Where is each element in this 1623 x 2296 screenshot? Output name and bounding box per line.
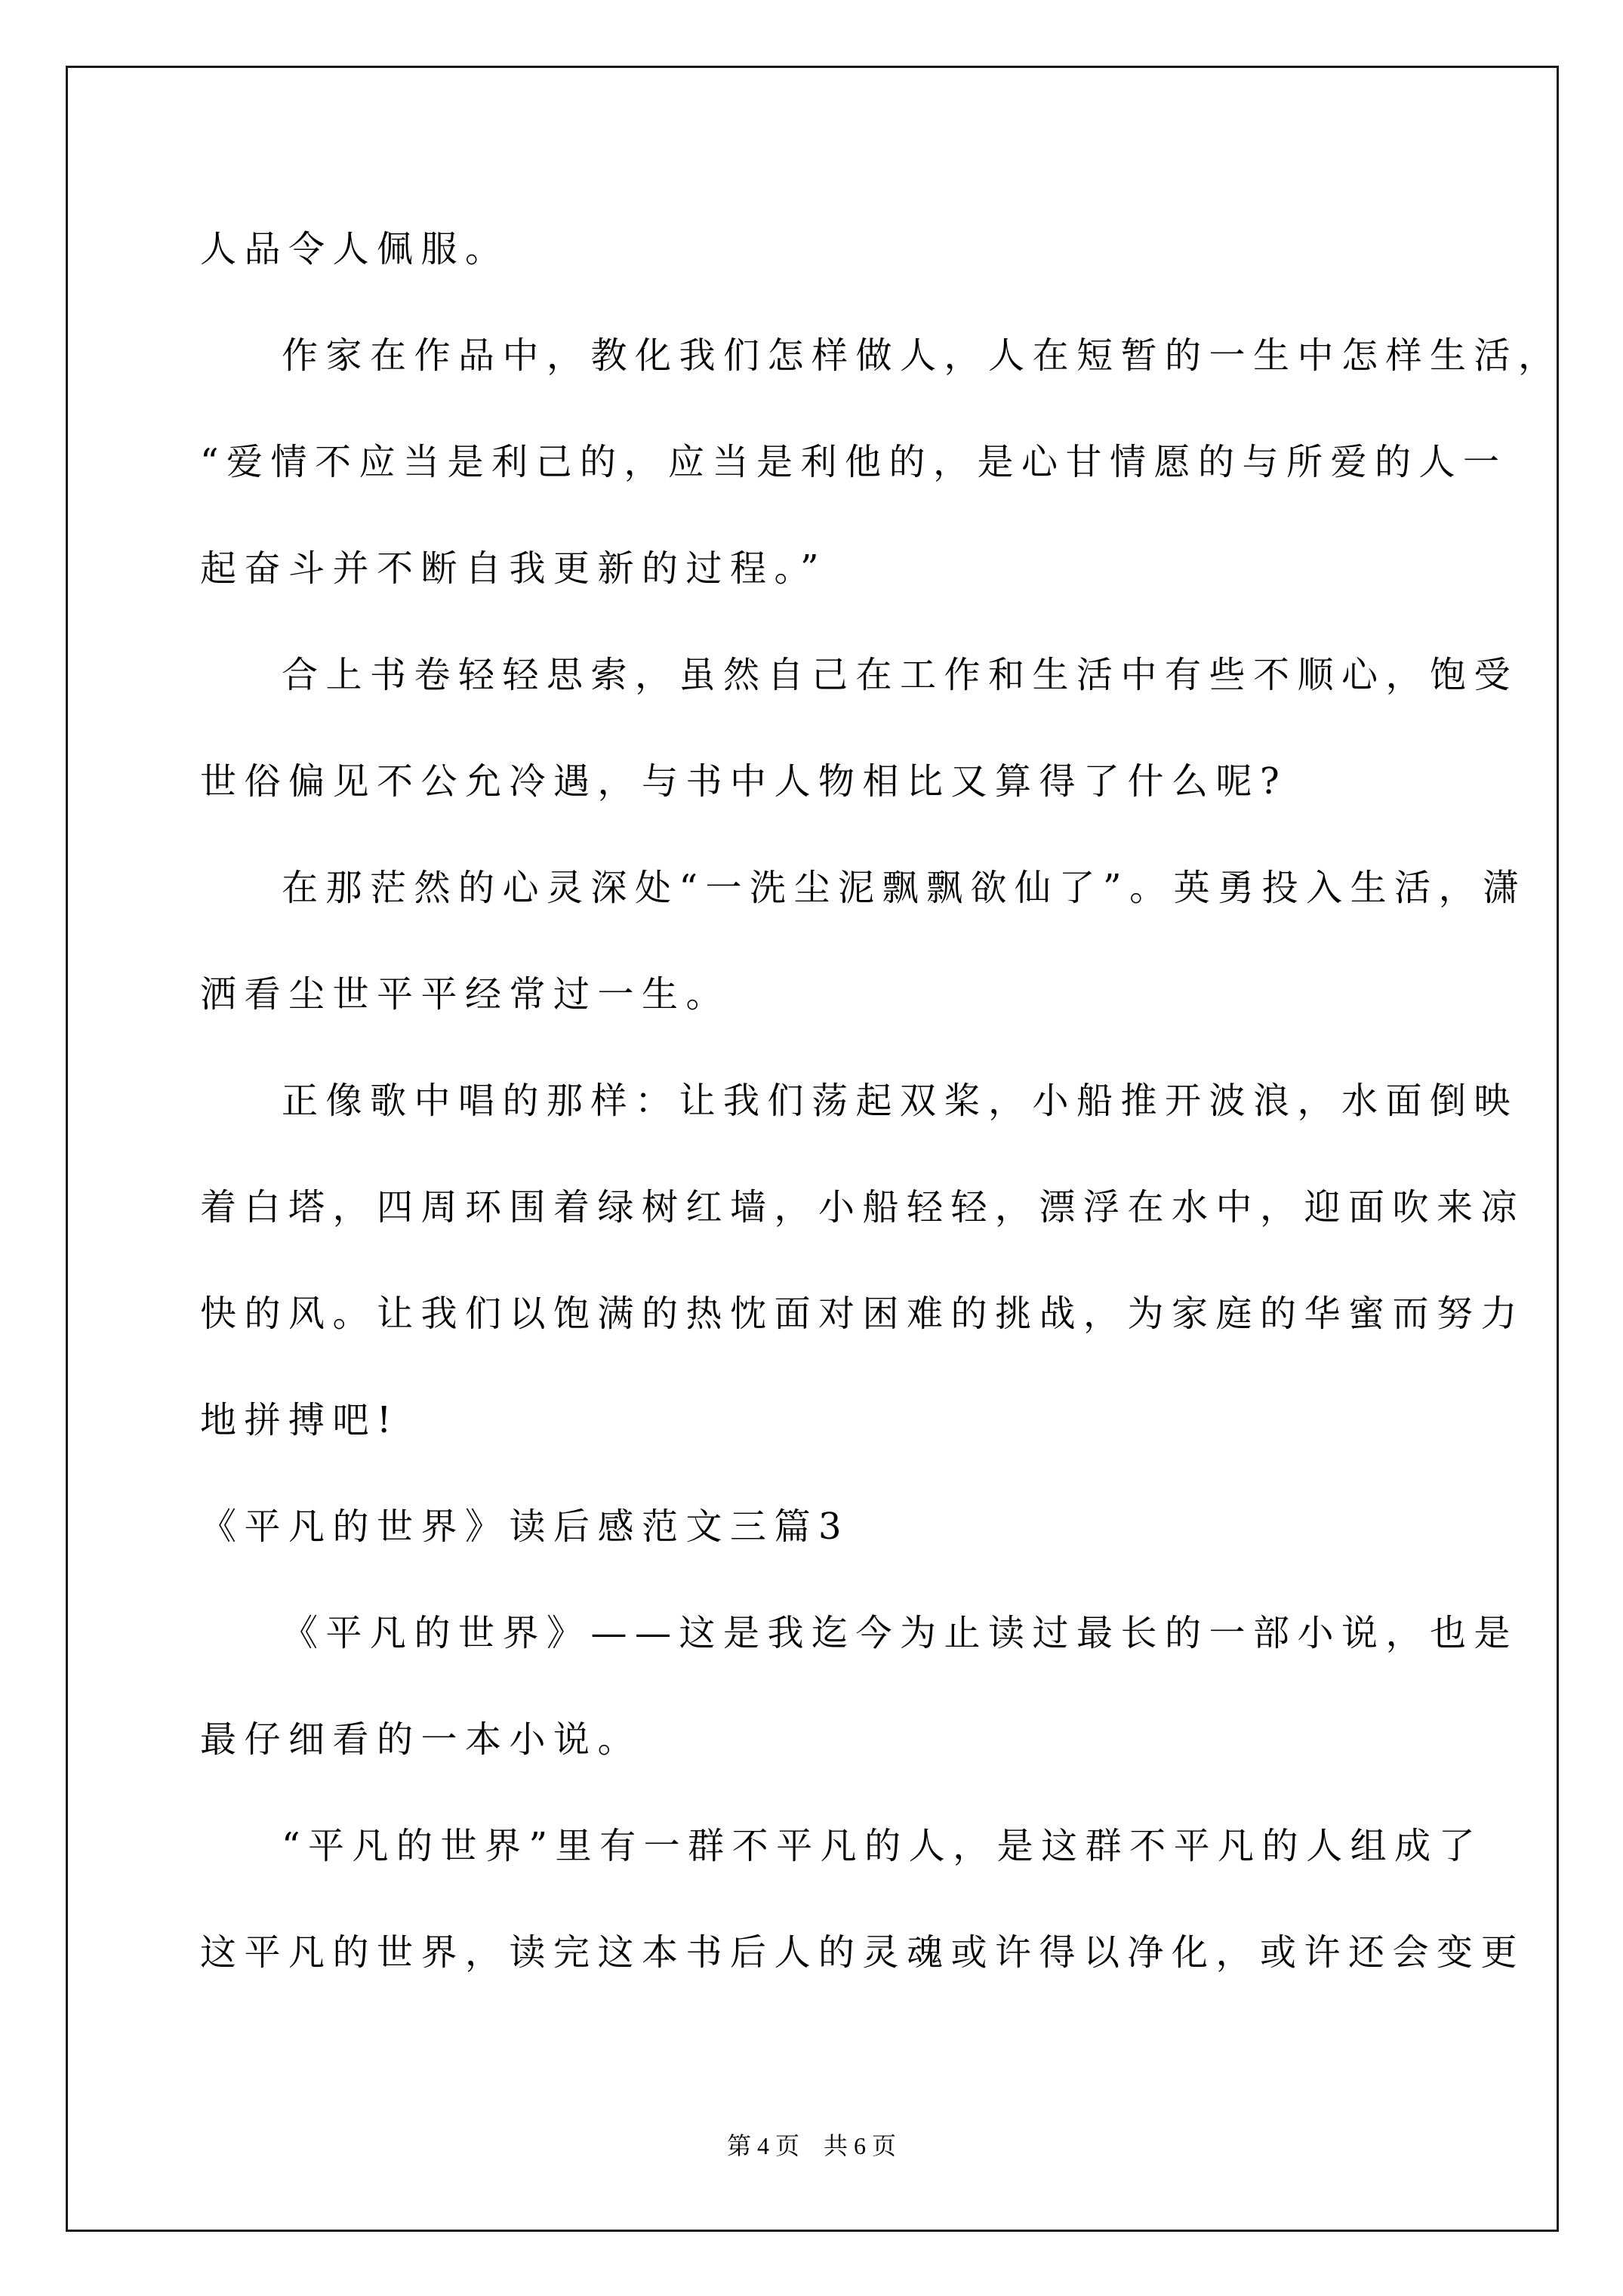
section-heading: 《平凡的世界》读后感范文三篇3 [200,1504,849,1549]
page-number-footer: 第 4 页 共 6 页 [0,2129,1623,2162]
text-line: 世俗偏见不公允冷遇，与书中人物相比又算得了什么呢? [200,759,1287,804]
page-border [66,66,1559,2232]
text-line: 人品令人佩服。 [200,227,510,272]
paragraph-start: 正像歌中唱的那样：让我们荡起双桨，小船推开波浪，水面倒映 [282,1078,1518,1123]
text-line: 洒看尘世平平经常过一生。 [200,972,730,1017]
text-line: 着白塔，四周环围着绿树红墙，小船轻轻，漂浮在水中，迎面吹来凉 [200,1185,1525,1230]
text-line: 起奋斗并不断自我更新的过程。” [200,546,827,591]
text-line: 快的风。让我们以饱满的热忱面对困难的挑战，为家庭的华蜜而努力 [200,1291,1525,1336]
text-line: 最仔细看的一本小说。 [200,1717,642,1762]
paragraph-start: 作家在作品中，教化我们怎样做人，人在短暂的一生中怎样生活， [282,333,1563,378]
paragraph-start: 在那茫然的心灵深处“一洗尘泥飘飘欲仙了”。英勇投入生活，潇 [282,865,1527,911]
paragraph-start: 《平凡的世界》——这是我迄今为止读过最长的一部小说，也是 [282,1610,1518,1656]
text-line: 这平凡的世界，读完这本书后人的灵魂或许得以净化，或许还会变更 [200,1930,1525,1975]
paragraph-start: “平凡的世界”里有一群不平凡的人，是这群不平凡的人组成了 [282,1823,1483,1869]
text-line: “爱情不应当是利己的，应当是利他的，是心甘情愿的与所爱的人一 [200,439,1508,485]
paragraph-start: 合上书卷轻轻思索，虽然自己在工作和生活中有些不顺心，饱受 [282,652,1518,698]
text-line: 地拼搏吧! [200,1398,399,1443]
